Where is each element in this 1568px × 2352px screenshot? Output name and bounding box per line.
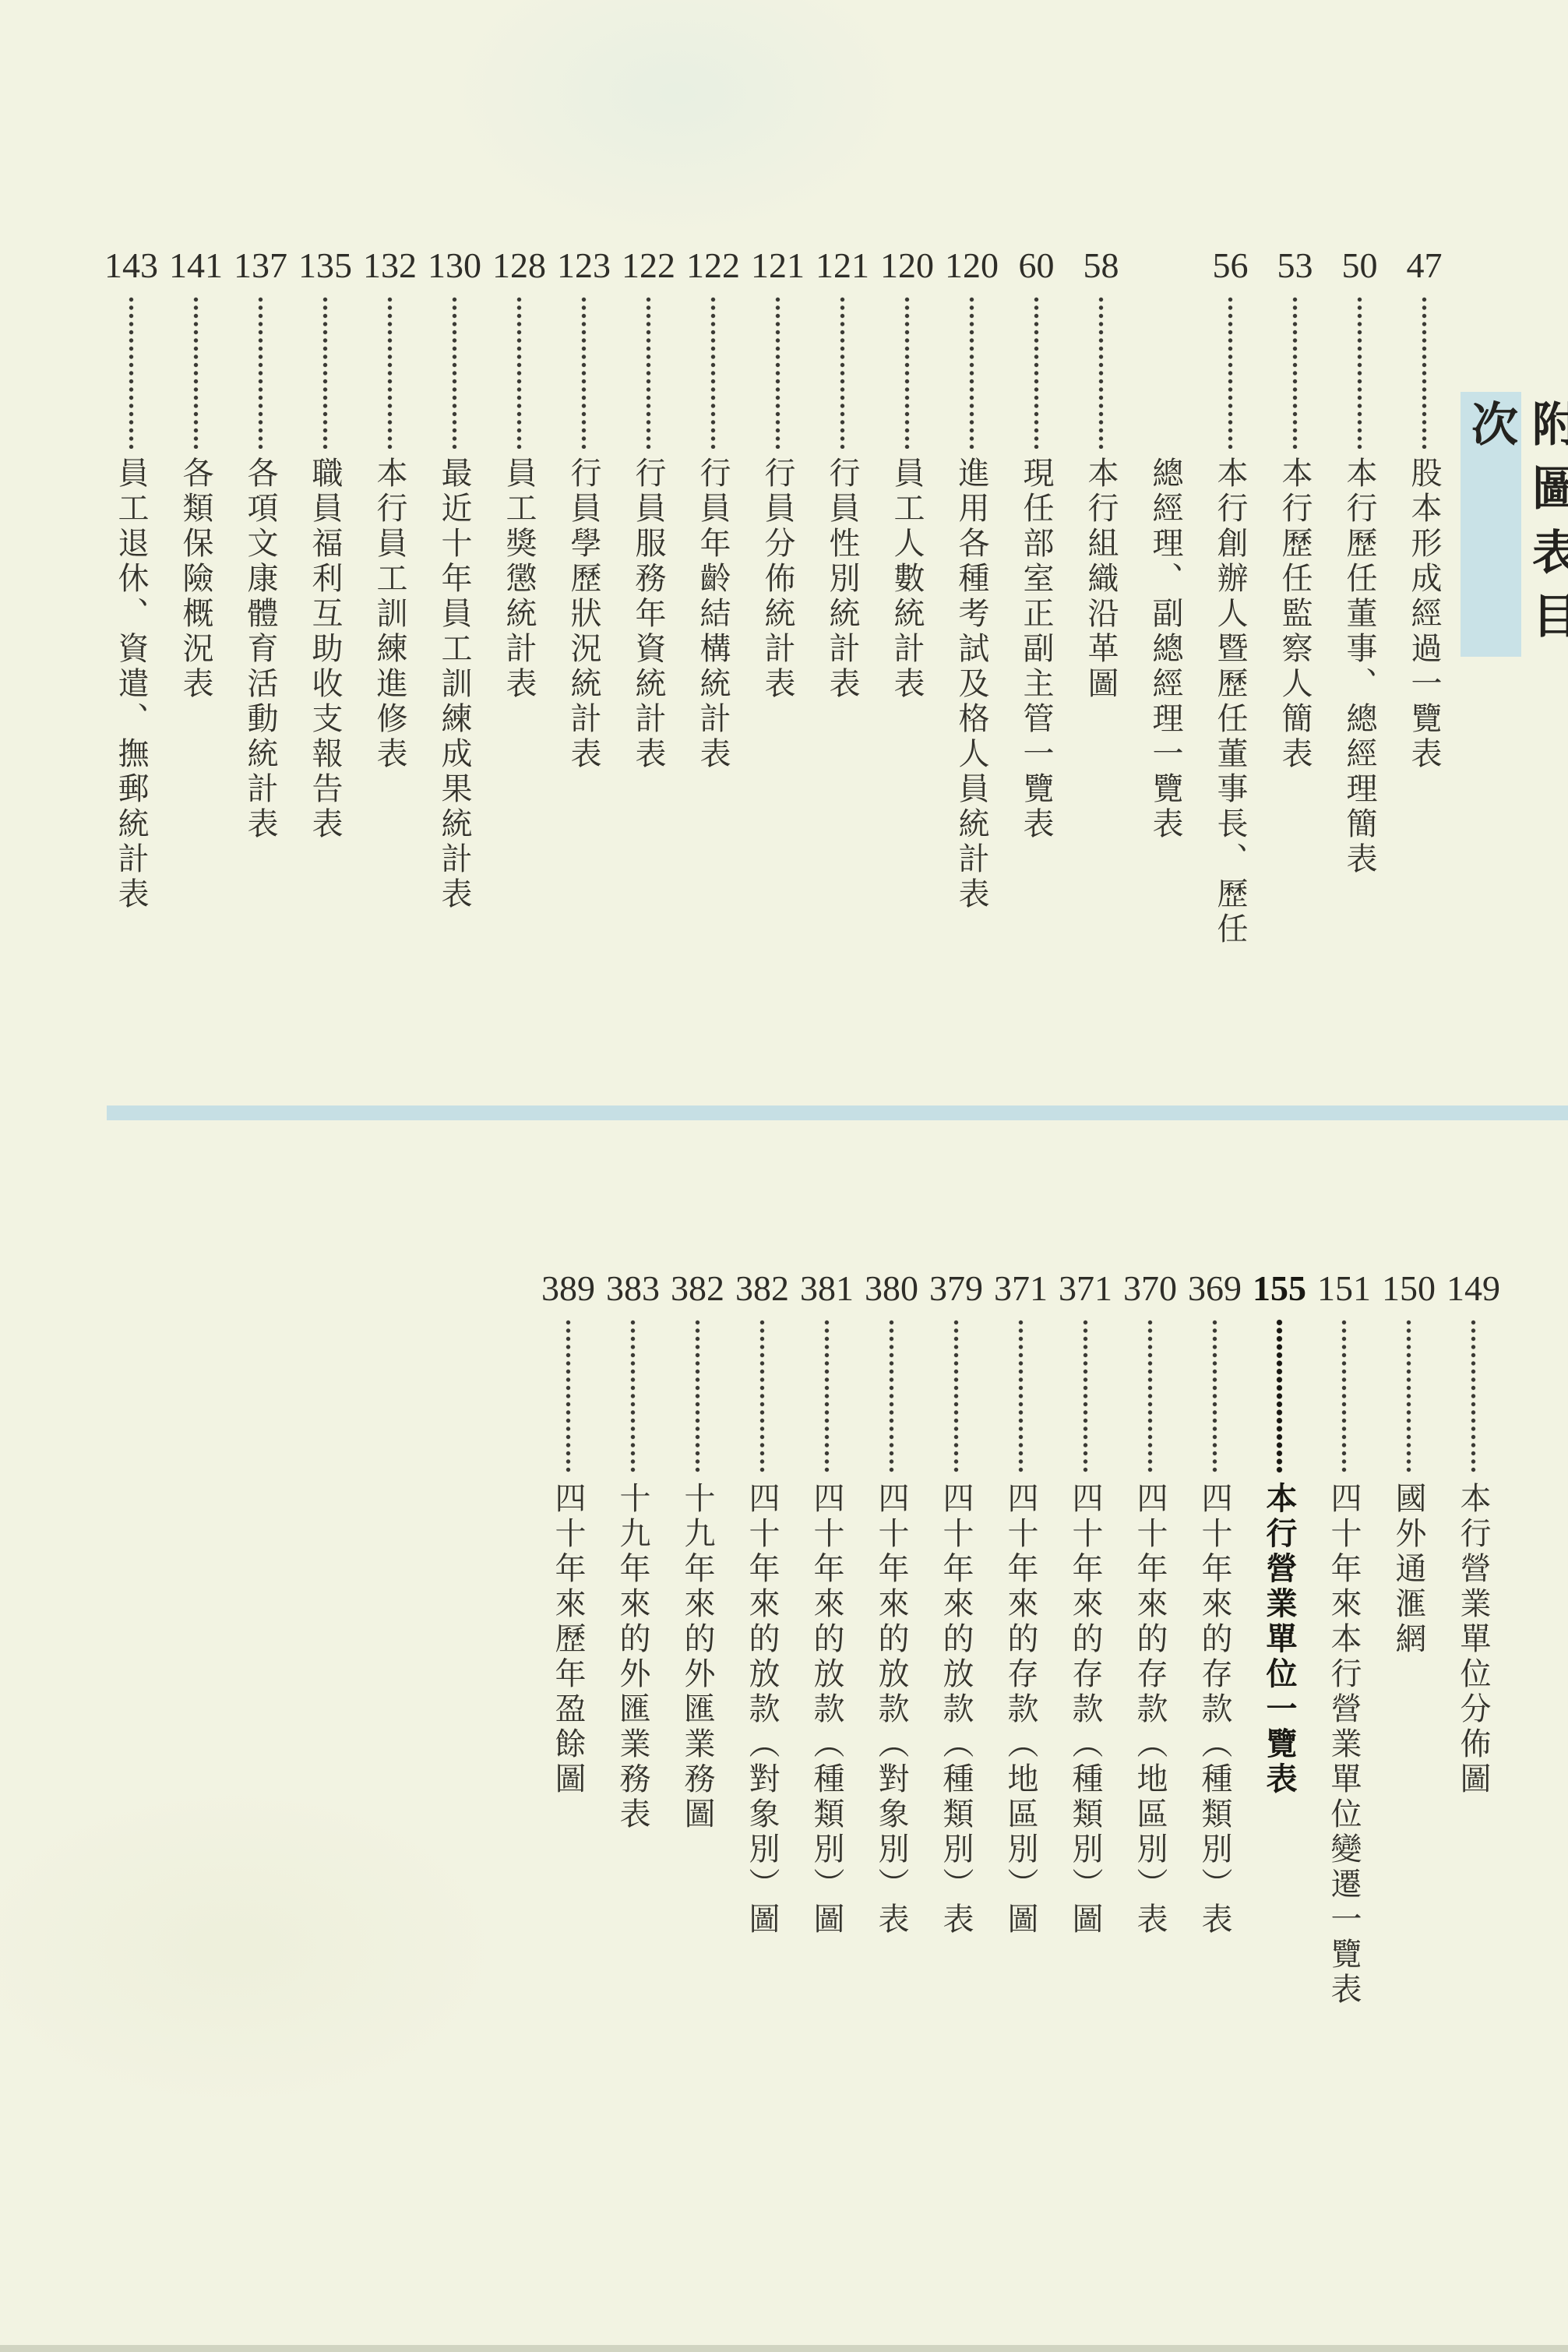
dotted-leader <box>1146 1318 1154 1474</box>
dotted-leader <box>823 1318 831 1474</box>
page-number: 371 <box>1059 1267 1112 1310</box>
entry-title: 本行創辦人暨歷任董事長、歷任 <box>1213 457 1248 947</box>
entry-title: 本行營業單位分佈圖 <box>1456 1482 1491 1797</box>
entry-title: 行員性別統計表 <box>825 457 860 702</box>
scanned-toc-page: 附圖表目次 47 股本形成經過一覽表 50 本行歷任董事、總經理簡表 53 本行… <box>0 0 1568 2352</box>
entry-title: 各類保險概況表 <box>178 457 213 702</box>
dotted-leader <box>580 295 588 449</box>
entry-title: 四十年來的存款（種類別）圖 <box>1068 1482 1103 1938</box>
dotted-leader <box>709 295 717 449</box>
page-number: 121 <box>751 244 805 287</box>
dotted-leader <box>887 1318 896 1474</box>
toc-entry: 122 行員服務年資統計表 <box>616 244 681 772</box>
dotted-leader <box>321 295 329 449</box>
dotted-leader <box>967 295 976 449</box>
toc-entry: 121 行員分佈統計表 <box>745 244 810 702</box>
entry-title: 總經理、副總經理一覽表 <box>1148 457 1183 842</box>
dotted-leader <box>1420 295 1429 449</box>
toc-entry: 120 員工人數統計表 <box>875 244 939 702</box>
page-number: 47 <box>1407 244 1443 287</box>
entry-title: 十九年來的外匯業務表 <box>615 1482 650 1832</box>
page-number: 150 <box>1382 1267 1436 1310</box>
entry-title: 行員學歷狀況統計表 <box>566 457 601 772</box>
page-number: 56 <box>1213 244 1249 287</box>
dotted-leader <box>693 1318 702 1474</box>
dotted-leader <box>386 295 394 449</box>
dotted-leader <box>773 295 782 449</box>
toc-entry: 143 員工退休、資遣、撫郵統計表 <box>99 244 164 912</box>
entry-title: 現任部室正副主管一覽表 <box>1019 457 1054 842</box>
dotted-leader <box>1291 295 1299 449</box>
toc-entry: 151 四十年來本行營業單位變遷一覽表 <box>1312 1267 1376 2008</box>
toc-entry: 371 四十年來的存款（種類別）圖 <box>1053 1267 1118 1938</box>
toc-entry: 382 四十年來的放款（對象別）圖 <box>730 1267 795 1938</box>
dotted-leader <box>838 295 847 449</box>
page-number: 60 <box>1019 244 1055 287</box>
dotted-leader <box>1469 1318 1478 1474</box>
page-number: 58 <box>1084 244 1119 287</box>
dotted-leader <box>1081 1318 1090 1474</box>
page-number: 379 <box>929 1267 983 1310</box>
entry-title: 四十年來歷年盈餘圖 <box>551 1482 586 1797</box>
toc-entry: 383 十九年來的外匯業務表 <box>601 1267 665 1832</box>
entry-title: 本行營業單位一覽表 <box>1262 1482 1297 1797</box>
toc-entry: 150 國外通滙網 <box>1376 1267 1441 1657</box>
page-number: 151 <box>1317 1267 1371 1310</box>
entry-title: 本行組織沿革圖 <box>1084 457 1119 702</box>
page-number: 381 <box>800 1267 854 1310</box>
entry-title: 四十年來的放款（種類別）表 <box>939 1482 974 1938</box>
page-number: 121 <box>816 244 869 287</box>
page-number: 383 <box>606 1267 660 1310</box>
toc-entry: 149 本行營業單位分佈圖 <box>1441 1267 1506 1797</box>
dotted-leader <box>1404 1318 1413 1474</box>
entry-title: 行員分佈統計表 <box>760 457 795 702</box>
entry-title: 四十年來的存款（地區別）表 <box>1133 1482 1168 1938</box>
entry-title: 十九年來的外匯業務圖 <box>680 1482 715 1832</box>
scan-edge <box>0 2345 1568 2352</box>
page-number: 137 <box>234 244 287 287</box>
toc-entry: 141 各類保險概況表 <box>164 244 228 702</box>
toc-entry: 379 四十年來的放款（種類別）表 <box>924 1267 988 1938</box>
page-number: 120 <box>880 244 934 287</box>
page-number: 382 <box>735 1267 789 1310</box>
page-number: 122 <box>622 244 675 287</box>
dotted-leader <box>564 1318 573 1474</box>
entry-title: 最近十年員工訓練成果統計表 <box>437 457 472 912</box>
dotted-leader <box>629 1318 637 1474</box>
page-number: 382 <box>671 1267 724 1310</box>
dotted-leader <box>1032 295 1041 449</box>
toc-section-2: 149 本行營業單位分佈圖 150 國外通滙網 151 四十年來本行營業單位變遷… <box>536 1267 1506 2008</box>
toc-entry: 總經理、副總經理一覽表 <box>1133 244 1198 842</box>
entry-title: 四十年來的放款（對象別）圖 <box>745 1482 780 1938</box>
dotted-leader <box>644 295 653 449</box>
toc-entry: 380 四十年來的放款（對象別）表 <box>859 1267 924 1938</box>
entry-title: 各項文康體育活動統計表 <box>243 457 278 842</box>
dotted-leader <box>952 1318 960 1474</box>
dotted-leader <box>903 295 911 449</box>
entry-title: 四十年來的放款（種類別）圖 <box>809 1482 844 1938</box>
entry-title: 四十年來的存款（地區別）圖 <box>1003 1482 1038 1938</box>
page-number: 123 <box>557 244 611 287</box>
dotted-leader <box>127 295 136 449</box>
entry-title: 國外通滙網 <box>1391 1482 1426 1657</box>
entry-title: 四十年來的存款（種類別）表 <box>1197 1482 1232 1938</box>
dotted-leader <box>1226 295 1235 449</box>
section-divider <box>107 1105 1568 1120</box>
page-number: 141 <box>169 244 223 287</box>
toc-section-1: 47 股本形成經過一覽表 50 本行歷任董事、總經理簡表 53 本行歷任監察人簡… <box>99 244 1457 947</box>
toc-entry: 120 進用各種考試及格人員統計表 <box>939 244 1004 912</box>
page-title: 附圖表目次 <box>1461 392 1568 657</box>
toc-entry: 130 最近十年員工訓練成果統計表 <box>422 244 487 912</box>
dotted-leader <box>1275 1318 1284 1474</box>
page-number: 122 <box>686 244 740 287</box>
entry-title: 員工人數統計表 <box>890 457 925 702</box>
dotted-leader <box>1210 1318 1219 1474</box>
dotted-leader <box>1097 295 1105 449</box>
toc-entry: 389 四十年來歷年盈餘圖 <box>536 1267 601 1797</box>
dotted-leader <box>450 295 459 449</box>
entry-title: 行員服務年資統計表 <box>631 457 666 772</box>
page-number: 135 <box>298 244 352 287</box>
toc-entry: 382 十九年來的外匯業務圖 <box>665 1267 730 1832</box>
toc-entry: 128 員工獎懲統計表 <box>487 244 551 702</box>
toc-entry: 370 四十年來的存款（地區別）表 <box>1118 1267 1182 1938</box>
page-number: 380 <box>865 1267 918 1310</box>
toc-entry: 47 股本形成經過一覽表 <box>1392 244 1457 772</box>
entry-title: 員工獎懲統計表 <box>502 457 537 702</box>
entry-title: 職員福利互助收支報告表 <box>308 457 343 842</box>
dotted-leader <box>515 295 523 449</box>
page-number: 369 <box>1188 1267 1242 1310</box>
toc-entry: 122 行員年齡結構統計表 <box>681 244 745 772</box>
dotted-leader <box>192 295 200 449</box>
dotted-leader <box>1355 295 1364 449</box>
entry-title: 本行歷任監察人簡表 <box>1277 457 1313 772</box>
entry-title: 員工退休、資遣、撫郵統計表 <box>114 457 149 912</box>
dotted-leader <box>256 295 265 449</box>
entry-title: 本行歷任董事、總經理簡表 <box>1342 457 1377 877</box>
page-number: 143 <box>104 244 158 287</box>
page-number: 120 <box>945 244 999 287</box>
page-number: 50 <box>1342 244 1378 287</box>
entry-title: 股本形成經過一覽表 <box>1407 457 1442 772</box>
toc-entry: 123 行員學歷狀況統計表 <box>551 244 616 772</box>
toc-entry: 371 四十年來的存款（地區別）圖 <box>988 1267 1053 1938</box>
toc-entry: 50 本行歷任董事、總經理簡表 <box>1327 244 1392 877</box>
toc-entry: 132 本行員工訓練進修表 <box>358 244 422 772</box>
page-number: 53 <box>1277 244 1313 287</box>
page-number: 130 <box>428 244 481 287</box>
dotted-leader <box>1017 1318 1025 1474</box>
entry-title: 行員年齡結構統計表 <box>696 457 731 772</box>
page-number: 128 <box>492 244 546 287</box>
toc-entry: 58 本行組織沿革圖 <box>1069 244 1133 702</box>
toc-entry: 135 職員福利互助收支報告表 <box>293 244 358 842</box>
toc-entry: 121 行員性別統計表 <box>810 244 875 702</box>
dotted-leader <box>1340 1318 1348 1474</box>
entry-title: 進用各種考試及格人員統計表 <box>954 457 989 912</box>
title-highlight: 附圖表目次 <box>1461 392 1521 657</box>
entry-title: 四十年來的放款（對象別）表 <box>874 1482 909 1938</box>
page-number: 389 <box>541 1267 595 1310</box>
page-number: 371 <box>994 1267 1048 1310</box>
toc-entry: 137 各項文康體育活動統計表 <box>228 244 293 842</box>
page-number: 132 <box>363 244 417 287</box>
toc-entry: 369 四十年來的存款（種類別）表 <box>1182 1267 1247 1938</box>
toc-entry: 381 四十年來的放款（種類別）圖 <box>795 1267 859 1938</box>
page-number: 155 <box>1253 1267 1306 1310</box>
entry-title: 本行員工訓練進修表 <box>372 457 407 772</box>
toc-entry: 53 本行歷任監察人簡表 <box>1263 244 1327 772</box>
page-number: 370 <box>1123 1267 1177 1310</box>
toc-entry: 56 本行創辦人暨歷任董事長、歷任 <box>1198 244 1263 947</box>
entry-title: 四十年來本行營業單位變遷一覽表 <box>1327 1482 1362 2008</box>
toc-entry: 155 本行營業單位一覽表 <box>1247 1267 1312 1797</box>
dotted-leader <box>758 1318 766 1474</box>
toc-entry: 60 現任部室正副主管一覽表 <box>1004 244 1069 842</box>
page-number: 149 <box>1446 1267 1500 1310</box>
